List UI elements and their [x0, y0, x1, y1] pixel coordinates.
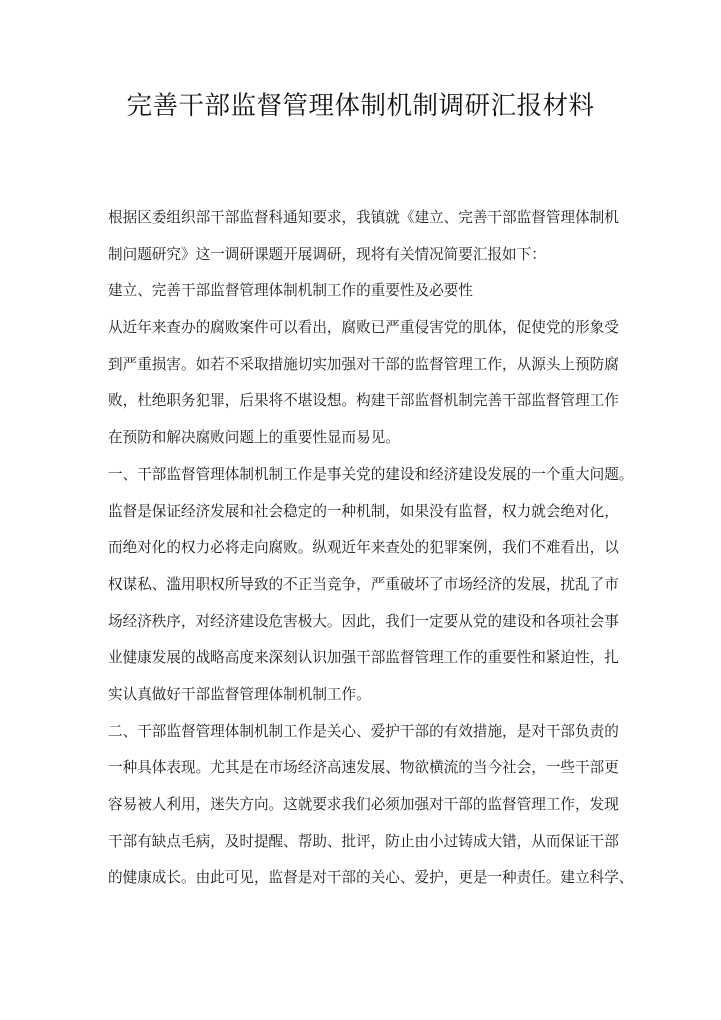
paragraph-line: 容易被人利用，迷失方向。这就要求我们必须加强对干部的监督管理工作，发现	[108, 792, 628, 829]
paragraph-line: 业健康发展的战略高度来深刻认识加强干部监督管理工作的重要性和紧迫性，扎	[108, 645, 628, 682]
paragraph-line: 场经济秩序，对经济建设危害极大。因此，我们一定要从党的建设和各项社会事	[108, 609, 628, 646]
paragraph-line: 从近年来查办的腐败案件可以看出，腐败已严重侵害党的肌体，促使党的形象受	[108, 315, 628, 352]
paragraph-line: 一种具体表现。尤其是在市场经济高速发展、物欲横流的当今社会，一些干部更	[108, 755, 628, 792]
section-heading: 建立、完善干部监督管理体制机制工作的重要性及必要性	[108, 278, 628, 315]
paragraph-line: 在预防和解决腐败问题上的重要性显而易见。	[108, 425, 628, 462]
document-body: 根据区委组织部干部监督科通知要求，我镇就《建立、完善干部监督管理体制机 制问题研…	[108, 205, 628, 902]
paragraph-line: 监督是保证经济发展和社会稳定的一种机制，如果没有监督，权力就会绝对化，	[108, 499, 628, 536]
point-two-line: 二、干部监督管理体制机制工作是关心、爱护干部的有效措施，是对干部负责的	[108, 719, 628, 756]
paragraph-line: 败，杜绝职务犯罪，后果将不堪设想。构建干部监督机制完善干部监督管理工作	[108, 388, 628, 425]
document-title: 完善干部监督管理体制机制调研汇报材料	[0, 88, 721, 124]
point-one-heading: 一、干部监督管理体制机制工作是事关党的建设和经济建设发展的一个重大问题。	[108, 462, 628, 499]
intro-line-2: 制问题研究》这一调研课题开展调研，现将有关情况简要汇报如下：	[108, 242, 628, 279]
intro-line-1: 根据区委组织部干部监督科通知要求，我镇就《建立、完善干部监督管理体制机	[108, 205, 628, 242]
paragraph-line: 的健康成长。由此可见，监督是对干部的关心、爱护，更是一种责任。建立科学、	[108, 865, 628, 902]
paragraph-line: 而绝对化的权力必将走向腐败。纵观近年来查处的犯罪案例，我们不难看出，以	[108, 535, 628, 572]
paragraph-line: 权谋私、滥用职权所导致的不正当竞争，严重破坏了市场经济的发展，扰乱了市	[108, 572, 628, 609]
paragraph-line: 干部有缺点毛病，及时提醒、帮助、批评，防止由小过铸成大错，从而保证干部	[108, 829, 628, 866]
paragraph-line: 实认真做好干部监督管理体制机制工作。	[108, 682, 628, 719]
document-page: 完善干部监督管理体制机制调研汇报材料 根据区委组织部干部监督科通知要求，我镇就《…	[0, 0, 721, 1020]
paragraph-line: 到严重损害。如若不采取措施切实加强对干部的监督管理工作，从源头上预防腐	[108, 352, 628, 389]
